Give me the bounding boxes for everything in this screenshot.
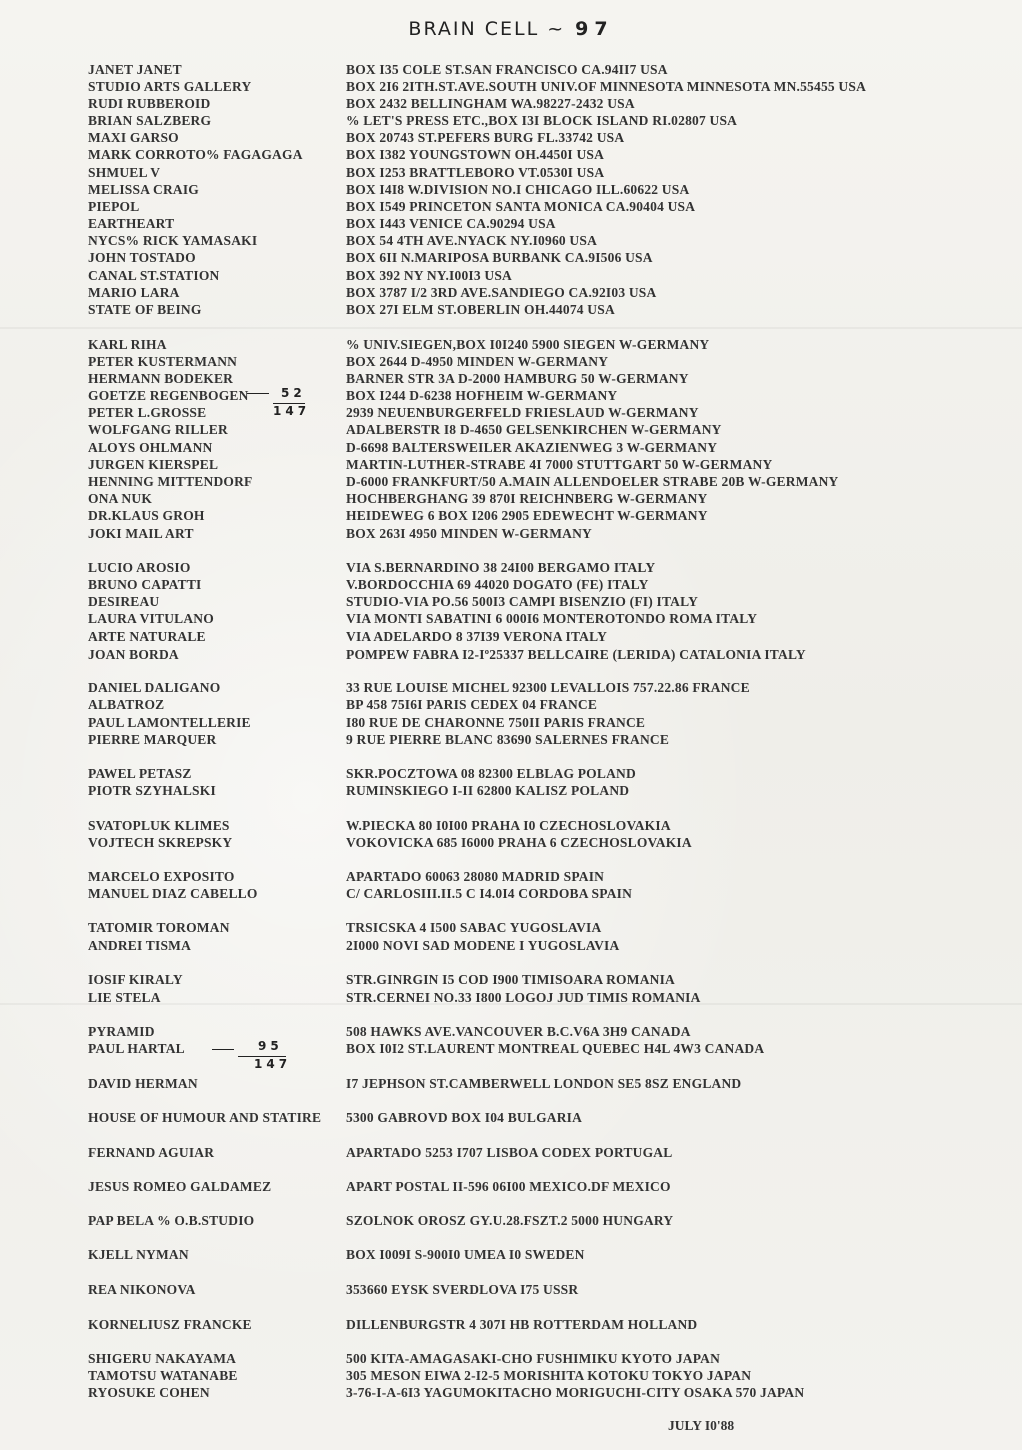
annotation-numerator: 52 [281,386,306,400]
page-title: BRAIN CELL ~97 [0,18,1022,40]
entry-address: BOX I0I2 ST.LAURENT MONTREAL QUEBEC H4L … [346,1041,764,1057]
entry-name: STUDIO ARTS GALLERY [88,79,251,95]
entry-address: BOX I009I S-900I0 UMEA I0 SWEDEN [346,1247,585,1263]
entry-name: JESUS ROMEO GALDAMEZ [88,1179,271,1195]
entry-name: DANIEL DALIGANO [88,680,220,696]
entry-address: % LET'S PRESS ETC.,BOX I3I BLOCK ISLAND … [346,113,737,129]
entry-address: I80 RUE DE CHARONNE 750II PARIS FRANCE [346,715,645,731]
entry-address: HOCHBERGHANG 39 870I REICHNBERG W-GERMAN… [346,491,707,507]
entry-name: DR.KLAUS GROH [88,508,205,524]
entry-name: ALBATROZ [88,697,164,713]
annotation-dash [212,1049,234,1050]
entry-name: KJELL NYMAN [88,1247,189,1263]
annotation-dash [247,393,269,394]
entry-name: ALOYS OHLMANN [88,440,212,456]
entry-address: ADALBERSTR I8 D-4650 GELSENKIRCHEN W-GER… [346,422,722,438]
entry-name: VOJTECH SKREPSKY [88,835,232,851]
entry-name: ARTE NATURALE [88,629,206,645]
entry-address: BOX 2I6 2ITH.ST.AVE.SOUTH UNIV.OF MINNES… [346,79,866,95]
entry-name: PIERRE MARQUER [88,732,216,748]
entry-address: BOX I4I8 W.DIVISION NO.I CHICAGO ILL.606… [346,182,689,198]
annotation-denominator: 147 [254,1057,291,1071]
entry-name: ONA NUK [88,491,152,507]
entry-address: BOX 2644 D-4950 MINDEN W-GERMANY [346,354,608,370]
entry-name: MELISSA CRAIG [88,182,199,198]
entry-name: MARIO LARA [88,285,180,301]
entry-name: SVATOPLUK KLIMES [88,818,230,834]
entry-name: RYOSUKE COHEN [88,1385,210,1401]
entry-address: MARTIN-LUTHER-STRABE 4I 7000 STUTTGART 5… [346,457,772,473]
entry-name: DAVID HERMAN [88,1076,198,1092]
entry-address: 2I000 NOVI SAD MODENE I YUGOSLAVIA [346,938,619,954]
entry-name: PAUL LAMONTELLERIE [88,715,251,731]
entry-address: VIA ADELARDO 8 37I39 VERONA ITALY [346,629,607,645]
entry-name: PETER L.GROSSE [88,405,206,421]
entry-address: BOX 6II N.MARIPOSA BURBANK CA.9I506 USA [346,250,653,266]
entry-address: BOX 392 NY NY.I00I3 USA [346,268,512,284]
entry-address: APARTADO 60063 28080 MADRID SPAIN [346,869,604,885]
entry-name: MARK CORROTO% FAGAGAGA [88,147,303,163]
entry-address: BOX I549 PRINCETON SANTA MONICA CA.90404… [346,199,695,215]
entry-name: MARCELO EXPOSITO [88,869,235,885]
title-text: BRAIN CELL ~ [408,18,565,40]
entry-address: 5300 GABROVD BOX I04 BULGARIA [346,1110,582,1126]
issue-number: 97 [575,18,613,40]
entry-name: SHMUEL V [88,165,160,181]
entry-address: BOX 54 4TH AVE.NYACK NY.I0960 USA [346,233,597,249]
entry-address: BOX I253 BRATTLEBORO VT.0530I USA [346,165,604,181]
entry-name: IOSIF KIRALY [88,972,183,988]
entry-address: VOKOVICKA 685 I6000 PRAHA 6 CZECHOSLOVAK… [346,835,692,851]
entry-address: SKR.POCZTOWA 08 82300 ELBLAG POLAND [346,766,636,782]
entry-name: DESIREAU [88,594,159,610]
entry-name: PETER KUSTERMANN [88,354,237,370]
entry-address: 305 MESON EIWA 2-I2-5 MORISHITA KOTOKU T… [346,1368,751,1384]
entry-name: JANET JANET [88,62,182,78]
entry-address: D-6698 BALTERSWEILER AKAZIENWEG 3 W-GERM… [346,440,717,456]
entry-address: BARNER STR 3A D-2000 HAMBURG 50 W-GERMAN… [346,371,689,387]
entry-address: RUMINSKIEGO I-II 62800 KALISZ POLAND [346,783,629,799]
entry-address: STR.GINRGIN I5 COD I900 TIMISOARA ROMANI… [346,972,675,988]
entry-address: % UNIV.SIEGEN,BOX I0I240 5900 SIEGEN W-G… [346,337,709,353]
entry-name: SHIGERU NAKAYAMA [88,1351,236,1367]
entry-address: 508 HAWKS AVE.VANCOUVER B.C.V6A 3H9 CANA… [346,1024,691,1040]
entry-name: CANAL ST.STATION [88,268,219,284]
entry-address: DILLENBURGSTR 4 307I HB ROTTERDAM HOLLAN… [346,1317,697,1333]
entry-address: 353660 EYSK SVERDLOVA I75 USSR [346,1282,578,1298]
entry-name: JOKI MAIL ART [88,526,194,542]
annotation-denominator: 147 [273,404,310,418]
entry-address: D-6000 FRANKFURT/50 A.MAIN ALLENDOELER S… [346,474,839,490]
entry-name: HENNING MITTENDORF [88,474,253,490]
entry-address: I7 JEPHSON ST.CAMBERWELL LONDON SE5 8SZ … [346,1076,741,1092]
entry-name: WOLFGANG RILLER [88,422,228,438]
entry-address: BOX 3787 I/2 3RD AVE.SANDIEGO CA.92I03 U… [346,285,656,301]
entry-name: EARTHEART [88,216,174,232]
entry-address: APARTADO 5253 I707 LISBOA CODEX PORTUGAL [346,1145,672,1161]
entry-address: BOX I35 COLE ST.SAN FRANCISCO CA.94II7 U… [346,62,668,78]
entry-address: BOX 20743 ST.PEFERS BURG FL.33742 USA [346,130,624,146]
entry-address: BP 458 75I6I PARIS CEDEX 04 FRANCE [346,697,597,713]
entry-address: TRSICSKA 4 I500 SABAC YUGOSLAVIA [346,920,601,936]
entry-name: MAXI GARSO [88,130,179,146]
entry-name: PYRAMID [88,1024,155,1040]
entry-address: STR.CERNEI NO.33 I800 LOGOJ JUD TIMIS RO… [346,990,701,1006]
entry-name: STATE OF BEING [88,302,202,318]
entry-name: HERMANN BODEKER [88,371,233,387]
entry-address: 9 RUE PIERRE BLANC 83690 SALERNES FRANCE [346,732,669,748]
entry-address: HEIDEWEG 6 BOX I206 2905 EDEWECHT W-GERM… [346,508,708,524]
entry-name: PIOTR SZYHALSKI [88,783,216,799]
entry-address: STUDIO-VIA PO.56 500I3 CAMPI BISENZIO (F… [346,594,698,610]
entry-name: REA NIKONOVA [88,1282,196,1298]
entry-name: FERNAND AGUIAR [88,1145,214,1161]
entry-address: V.BORDOCCHIA 69 44020 DOGATO (FE) ITALY [346,577,649,593]
entry-name: JOAN BORDA [88,647,179,663]
entry-address: SZOLNOK OROSZ GY.U.28.FSZT.2 5000 HUNGAR… [346,1213,673,1229]
entry-address: BOX I244 D-6238 HOFHEIM W-GERMANY [346,388,617,404]
entry-address: BOX 263I 4950 MINDEN W-GERMANY [346,526,592,542]
entry-name: ANDREI TISMA [88,938,191,954]
entry-address: 3-76-I-A-6I3 YAGUMOKITACHO MORIGUCHI-CIT… [346,1385,804,1401]
entry-name: PAP BELA % O.B.STUDIO [88,1213,254,1229]
entry-name: GOETZE REGENBOGEN [88,388,249,404]
entry-address: APART POSTAL II-596 06I00 MEXICO.DF MEXI… [346,1179,671,1195]
entry-address: BOX 27I ELM ST.OBERLIN OH.44074 USA [346,302,615,318]
entry-address: 2939 NEUENBURGERFELD FRIESLAUD W-GERMANY [346,405,699,421]
entry-address: VIA S.BERNARDINO 38 24I00 BERGAMO ITALY [346,560,655,576]
entry-name: NYCS% RICK YAMASAKI [88,233,257,249]
entry-address: POMPEW FABRA I2-Iº25337 BELLCAIRE (LERID… [346,647,806,663]
entry-name: RUDI RUBBEROID [88,96,210,112]
paper-fold [0,327,1022,329]
entry-name: JOHN TOSTADO [88,250,196,266]
entry-name: TAMOTSU WATANABE [88,1368,238,1384]
entry-name: PIEPOL [88,199,139,215]
document-date: JULY I0'88 [668,1418,734,1434]
entry-address: C/ CARLOSIII.II.5 C I4.0I4 CORDOBA SPAIN [346,886,632,902]
entry-name: LUCIO AROSIO [88,560,191,576]
entry-name: LIE STELA [88,990,161,1006]
entry-name: KARL RIHA [88,337,167,353]
entry-name: HOUSE OF HUMOUR AND STATIRE [88,1110,321,1126]
entry-name: BRUNO CAPATTI [88,577,201,593]
annotation-numerator: 95 [258,1039,283,1053]
entry-name: JURGEN KIERSPEL [88,457,218,473]
entry-name: BRIAN SALZBERG [88,113,211,129]
entry-name: TATOMIR TOROMAN [88,920,230,936]
entry-address: VIA MONTI SABATINI 6 000I6 MONTEROTONDO … [346,611,757,627]
entry-name: MANUEL DIAZ CABELLO [88,886,258,902]
entry-address: 33 RUE LOUISE MICHEL 92300 LEVALLOIS 757… [346,680,750,696]
entry-address: BOX I382 YOUNGSTOWN OH.4450I USA [346,147,604,163]
entry-address: W.PIECKA 80 I0I00 PRAHA I0 CZECHOSLOVAKI… [346,818,671,834]
entry-address: 500 KITA-AMAGASAKI-CHO FUSHIMIKU KYOTO J… [346,1351,720,1367]
entry-name: LAURA VITULANO [88,611,214,627]
entry-name: KORNELIUSZ FRANCKE [88,1317,252,1333]
entry-name: PAWEL PETASZ [88,766,192,782]
entry-address: BOX I443 VENICE CA.90294 USA [346,216,556,232]
entry-name: PAUL HARTAL [88,1041,185,1057]
entry-address: BOX 2432 BELLINGHAM WA.98227-2432 USA [346,96,635,112]
